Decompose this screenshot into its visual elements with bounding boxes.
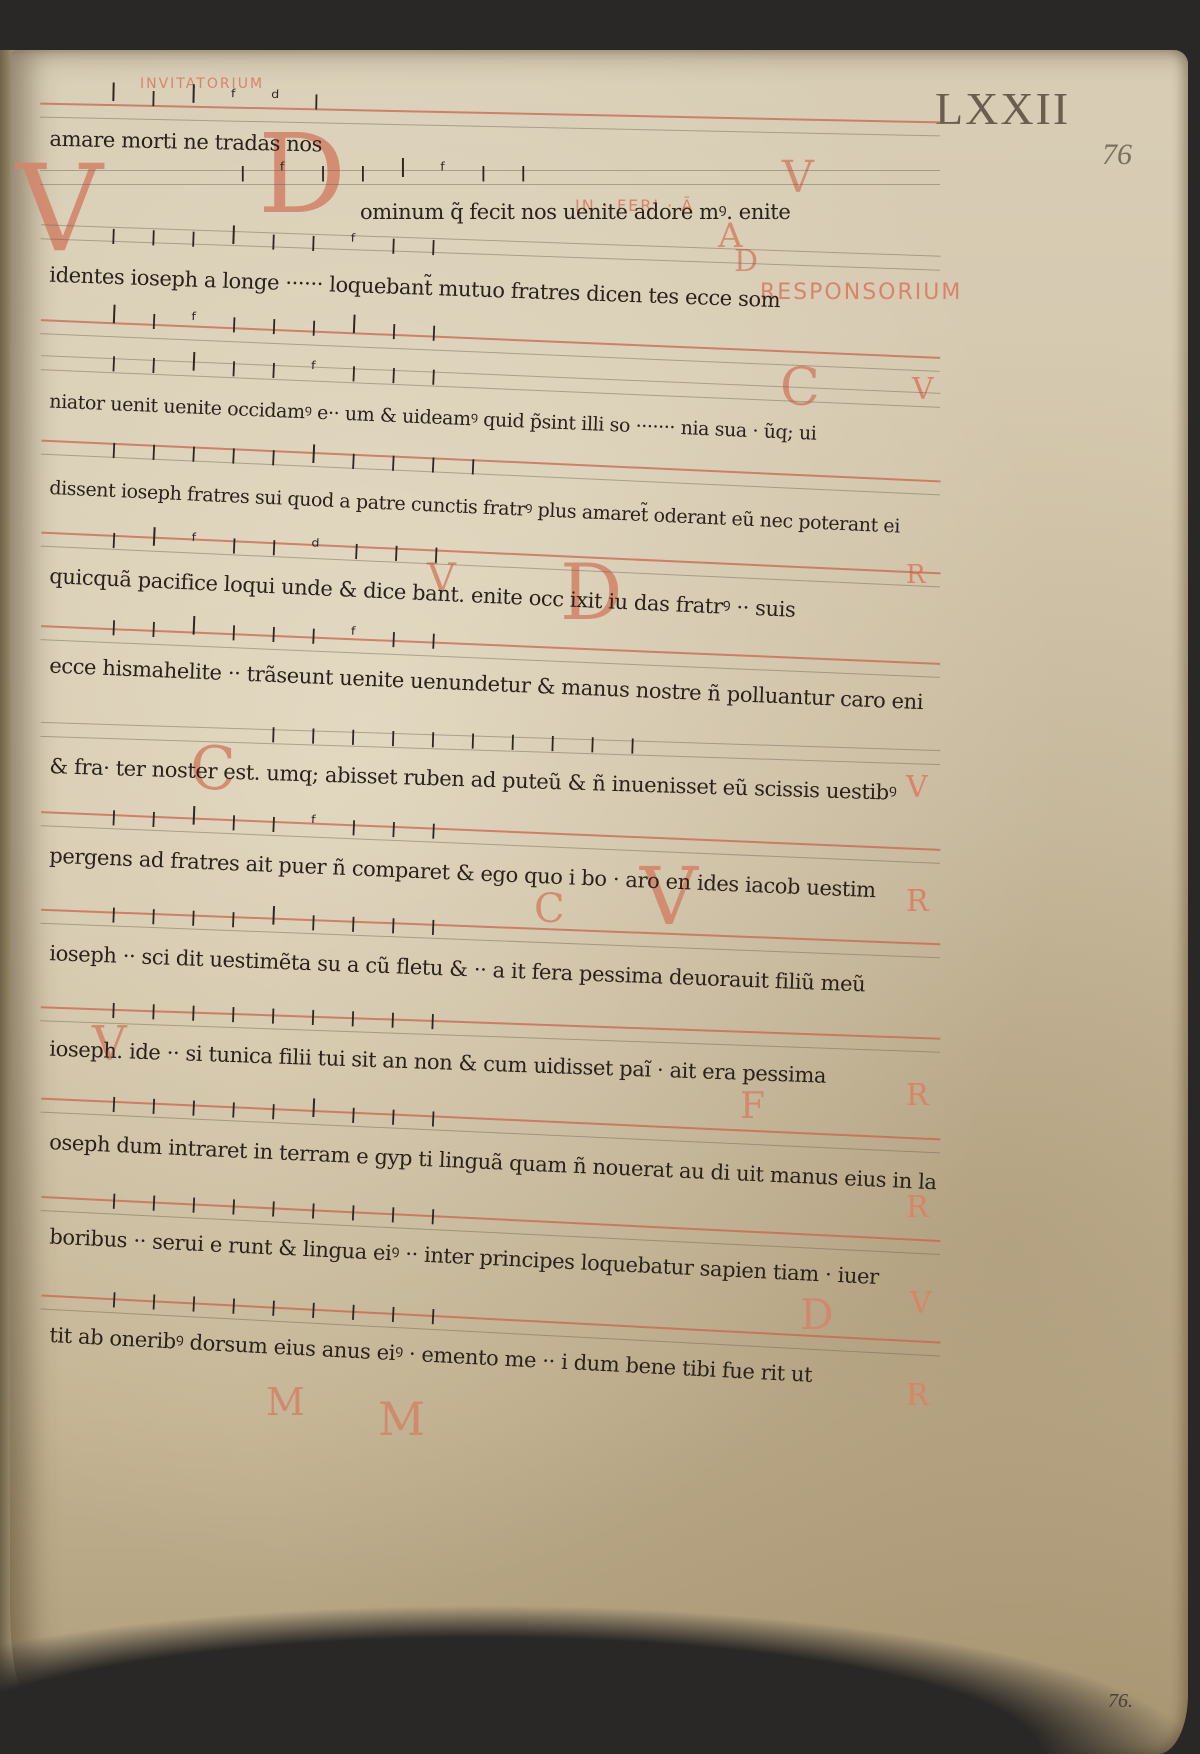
folio-number-roman: LXXII <box>935 82 1070 135</box>
initial-m-memento: M <box>378 1392 425 1446</box>
neumes: ꞁ ꟾ ᶠ ꞁ ꞁ ᵈ ꞁ ꞁ ꞁ <box>111 525 454 564</box>
pencil-folio-number: 76 <box>1102 138 1132 172</box>
neumes: ꞁ ꞁ ꟾ ꞁ ꞁ ᶠ ꞁ ꞁ ꞁ <box>111 348 451 386</box>
neumes: ꟾ ꞁ ꟾ ᶠ ᵈ ꞁ <box>110 82 333 111</box>
background-shadow <box>0 1604 1200 1754</box>
neumes: ꞁ ꞁ ꞁ ꟾ ꞁ ꞁ ᶠ ꞁ ꞁ <box>111 221 451 257</box>
chant-text-line: ominum q̃ fecit nos uenite adore mꝰ. eni… <box>360 198 790 226</box>
initial-m-manus: M <box>266 1380 305 1424</box>
neumes: ꞁ ᶠ ꞁ ꞁ ꟾ ᶠ ꞁ ꞁ <box>240 158 540 182</box>
neumes: ꞁ ꞁ ꞁ ꞁ ꞁ ꞁ ꞁ ꞁ ꞁ <box>111 1185 451 1226</box>
neumes: ꞁ ꞁ ꞁ ꞁ ꟾ ꞁ ꞁ ꞁ ꞁ <box>111 899 451 936</box>
neumes: ꟾ ꞁ ᶠ ꞁ ꞁ ꞁ ꟾ ꞁ ꞁ <box>111 304 452 342</box>
neumes: ꞁ ꞁ ꞁ ꞁ ꞁ ꟾ ꞁ ꞁ ꞁ ꞁ <box>111 435 491 476</box>
neumes: ꞁ ꞁ ꞁ ꞁ ꞁ ꞁ ꞁ ꞁ ꞁ <box>111 1284 451 1326</box>
